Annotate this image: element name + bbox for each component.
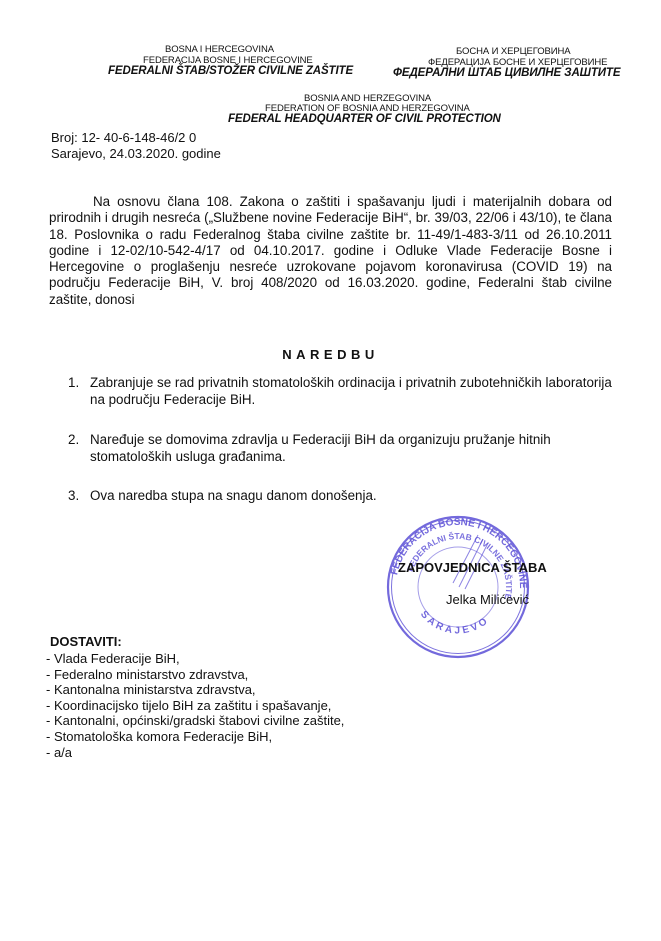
header-right-country: БОСНА И ХЕРЦЕГОВИНА xyxy=(456,46,571,57)
header-left-country: BOSNA I HERCEGOVINA xyxy=(165,44,274,55)
distribution-recipient: - Vlada Federacije BiH, xyxy=(46,651,344,667)
official-stamp: FEDERACIJA BOSNE I HERCEGOVINE FEDERALNI… xyxy=(383,515,533,660)
distribution-title: DOSTAVITI: xyxy=(50,634,122,649)
distribution-recipient: - Stomatološka komora Federacije BiH, xyxy=(46,729,344,745)
svg-text:SARAJEVO: SARAJEVO xyxy=(418,609,492,637)
header-left-institution: FEDERALNI ŠTAB/STOŽER CIVILNE ZAŠTITE xyxy=(108,65,353,78)
distribution-recipient: - Federalno ministarstvo zdravstva, xyxy=(46,667,344,683)
order-item-text: Naređuje se domovima zdravlja u Federaci… xyxy=(90,432,620,465)
signatory-name: Jelka Milićević xyxy=(446,592,529,607)
document-number: Broj: 12- 40-6-148-46/2 0 xyxy=(51,130,196,146)
preamble-text: Na osnovu člana 108. Zakona o zaštiti i … xyxy=(49,194,612,307)
order-item-number: 2. xyxy=(68,432,79,449)
stamp-seal-icon: FEDERACIJA BOSNE I HERCEGOVINE FEDERALNI… xyxy=(383,515,533,660)
document-place-date: Sarajevo, 24.03.2020. godine xyxy=(51,146,221,162)
signatory-title: ZAPOVJEDNICA ŠTABA xyxy=(398,560,547,575)
preamble-paragraph: Na osnovu člana 108. Zakona o zaštiti i … xyxy=(49,194,612,308)
order-title: NAREDBU xyxy=(0,347,661,362)
header-center-institution: FEDERAL HEADQUARTER OF CIVIL PROTECTION xyxy=(228,113,501,126)
order-item-text: Zabranjuje se rad privatnih stomatološki… xyxy=(90,375,620,408)
distribution-recipient: - Koordinacijsko tijelo BiH za zaštitu i… xyxy=(46,698,344,714)
order-item-number: 1. xyxy=(68,375,79,392)
distribution-list: - Vlada Federacije BiH, - Federalno mini… xyxy=(46,651,344,760)
order-item-number: 3. xyxy=(68,488,79,505)
header-right-institution: ФЕДЕРАЛНИ ШТАБ ЦИВИЛНЕ ЗАШТИТЕ xyxy=(393,67,620,80)
order-item-text: Ova naredba stupa na snagu danom donošen… xyxy=(90,488,620,505)
distribution-recipient: - Kantonalni, općinski/gradski štabovi c… xyxy=(46,713,344,729)
distribution-recipient: - a/a xyxy=(46,745,344,761)
distribution-recipient: - Kantonalna ministarstva zdravstva, xyxy=(46,682,344,698)
